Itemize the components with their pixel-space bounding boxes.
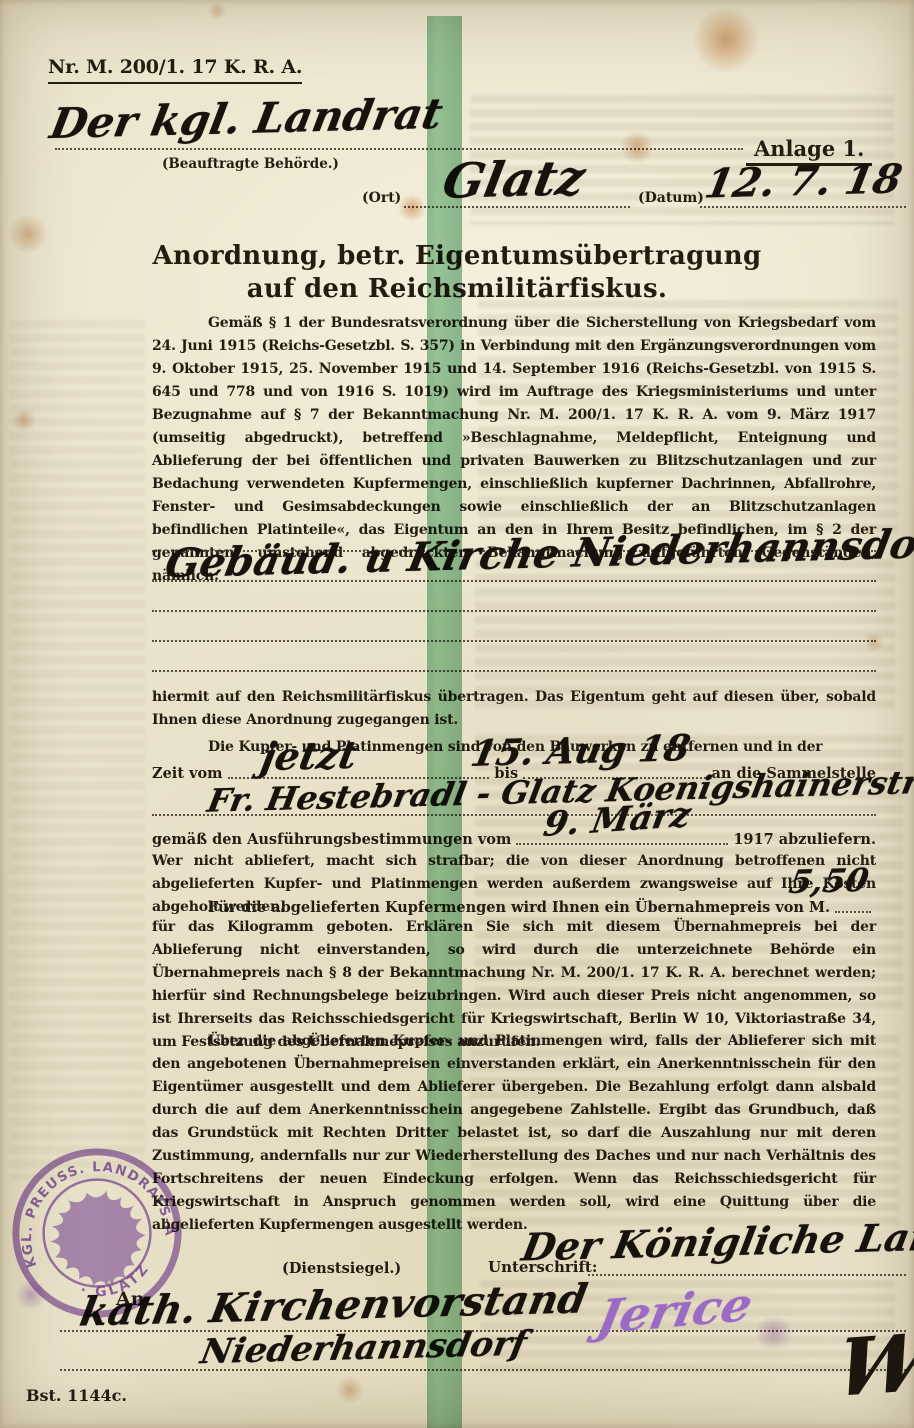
foxing-spot bbox=[690, 8, 762, 72]
foxing-spot bbox=[12, 408, 36, 432]
reference-number: Nr. M. 200/1. 17 K. R. A. bbox=[48, 56, 302, 84]
foxing-spot bbox=[620, 130, 654, 164]
foxing-spot bbox=[8, 214, 48, 254]
date-label: (Datum) bbox=[638, 190, 704, 206]
paragraph-transfer: hiermit auf den Reichsmilitärfiskus über… bbox=[152, 686, 876, 732]
dotted-line bbox=[152, 610, 876, 612]
dotted-line bbox=[152, 670, 876, 672]
price-handwriting: 5,50 bbox=[786, 861, 871, 901]
regulations-row: gemäß den Ausführungsbestimmungen vom 19… bbox=[152, 824, 876, 848]
dotted-fill bbox=[835, 911, 871, 913]
price-intro: Für die abgelieferten Kupfermengen wird … bbox=[152, 899, 830, 916]
dotted-line bbox=[60, 1369, 906, 1371]
price-row: Für die abgelieferten Kupfermengen wird … bbox=[152, 892, 876, 916]
paragraph-payment: Über die abgelieferten Kupfer- und Plati… bbox=[152, 1030, 876, 1237]
place-label: (Ort) bbox=[362, 190, 401, 206]
foxing-spot bbox=[864, 632, 884, 652]
seal-caption: (Dienstsiegel.) bbox=[282, 1260, 401, 1277]
date-handwriting: 12. 7. 18 bbox=[701, 155, 906, 207]
foxing-spot bbox=[336, 1376, 364, 1404]
authority-caption: (Beauftragte Behörde.) bbox=[162, 156, 339, 172]
period-until-handwriting: 15. Aug 18 bbox=[468, 727, 694, 775]
foxing-spot bbox=[208, 2, 226, 20]
issuing-authority-handwriting: Der kgl. Landrat bbox=[46, 89, 446, 148]
pencil-smudge bbox=[752, 1318, 796, 1348]
repair-tape-strip bbox=[427, 16, 462, 1428]
foxing-spot bbox=[398, 194, 426, 222]
period-from-label: Zeit vom bbox=[152, 765, 223, 782]
verso-ghost bbox=[10, 320, 145, 1180]
dotted-line bbox=[588, 1274, 906, 1276]
dotted-line bbox=[152, 640, 876, 642]
document-page: Nr. M. 200/1. 17 K. R. A. Der kgl. Landr… bbox=[0, 0, 914, 1428]
regulations-suffix: 1917 abzuliefern. bbox=[733, 831, 876, 848]
pencil-smudge bbox=[14, 1282, 48, 1308]
form-number: Bst. 1144c. bbox=[26, 1386, 127, 1405]
period-from-handwriting: jetzt bbox=[258, 732, 362, 779]
